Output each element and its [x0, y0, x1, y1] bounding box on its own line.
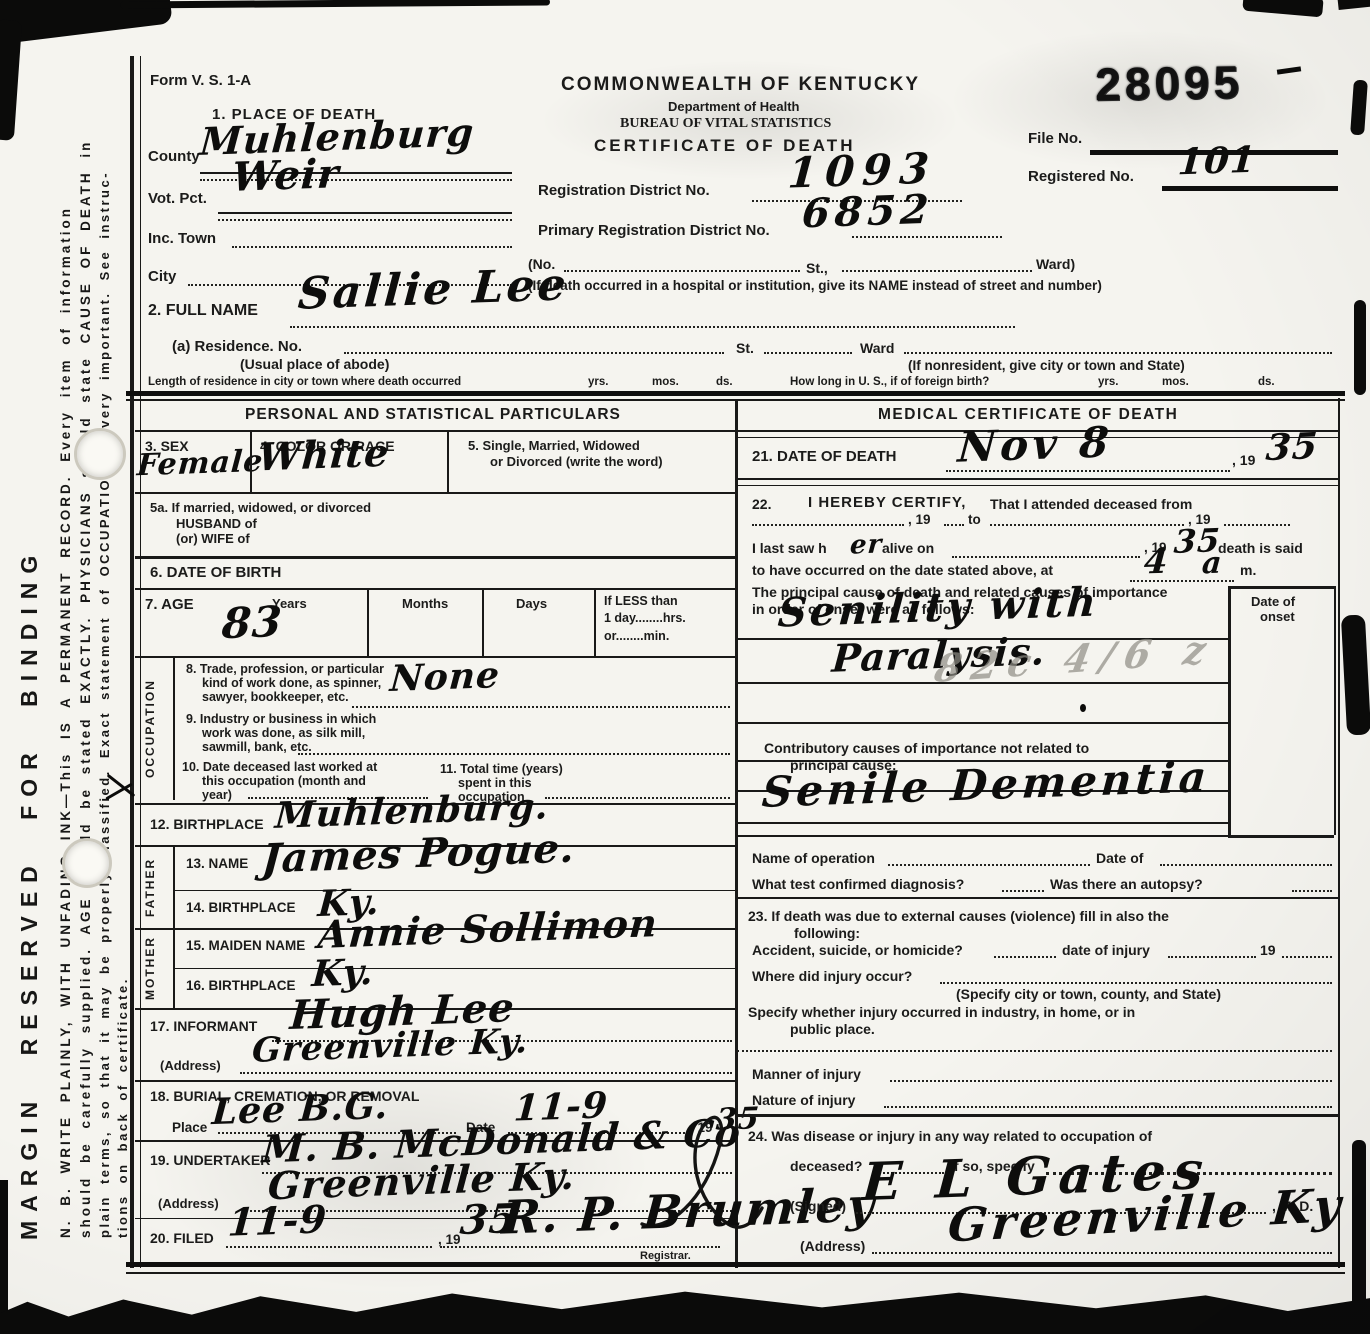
- burial-place-label: Place: [172, 1120, 207, 1135]
- department-subtitle: Department of Health: [668, 99, 799, 114]
- full-name-label: 2. FULL NAME: [148, 302, 258, 320]
- form-bottom-line: [126, 1262, 1345, 1267]
- residence-st-line: [764, 352, 852, 354]
- form-border-left: [130, 56, 134, 1268]
- cell-divider: [250, 430, 252, 492]
- hospital-note: (If death occurred in a hospital or inst…: [528, 278, 1102, 293]
- age-months-header: Months: [402, 596, 448, 611]
- onset-box-right: [1334, 586, 1336, 835]
- registered-no-line: [1162, 186, 1338, 191]
- operation-label: Name of operation: [752, 850, 875, 866]
- dotted-line: [545, 797, 730, 799]
- scan-artifact: [1352, 1140, 1366, 1310]
- last-saw-mid: alive on: [882, 540, 934, 556]
- injury-date-label: date of injury: [1062, 942, 1150, 958]
- form-number: Form V. S. 1-A: [150, 72, 251, 89]
- dotted-line: [1002, 890, 1044, 892]
- dotted-line: [1224, 524, 1290, 526]
- primary-registration-label: Primary Registration District No.: [538, 222, 770, 239]
- street-line: [842, 270, 1032, 272]
- rule-line: [735, 1114, 1340, 1117]
- last-saw-pre: I last saw h: [752, 540, 827, 556]
- last-saw-hand: er: [849, 529, 883, 560]
- test-label: What test confirmed diagnosis?: [752, 876, 964, 892]
- residence-line: [344, 352, 724, 354]
- file-no-label: File No.: [1028, 130, 1082, 147]
- full-name-value: Sallie Lee: [296, 259, 570, 320]
- rule-line: [737, 835, 1228, 837]
- header-separator-line: [126, 391, 1345, 396]
- cell-divider: [594, 588, 596, 656]
- form-bottom-line2: [126, 1272, 1345, 1274]
- age-years-value: 83: [220, 597, 284, 648]
- date-of-death-value: Nov 8: [956, 417, 1114, 472]
- dotted-line: [940, 982, 1332, 984]
- margin-binding-text: MARGIN RESERVED FOR BINDING: [16, 547, 43, 1240]
- hour-value: 4: [1143, 542, 1170, 583]
- onset-box-top: [1228, 586, 1334, 589]
- length-ds-label: ds.: [716, 376, 733, 388]
- vot-pct-label: Vot. Pct.: [148, 190, 207, 207]
- external-causes-label-1: 23. If death was due to external causes …: [748, 908, 1169, 924]
- scan-artifact: [1337, 0, 1370, 10]
- length-yrs-label: yrs.: [588, 376, 608, 388]
- injury-19-label: 19: [1260, 942, 1276, 958]
- date-of-death-year: 35: [1265, 425, 1320, 469]
- manner-of-injury-label: Manner of injury: [752, 1066, 861, 1082]
- dotted-line: [1292, 890, 1332, 892]
- last-worked-label-1: 10. Date deceased last worked at: [182, 760, 377, 774]
- mother-birthplace-label: 16. BIRTHPLACE: [186, 978, 296, 993]
- dotted-line: [1160, 864, 1332, 866]
- father-birthplace-label: 14. BIRTHPLACE: [186, 900, 296, 915]
- marital-label-2: or Divorced (write the word): [490, 454, 663, 469]
- dotted-line: [226, 1246, 432, 1248]
- husband-label-3: (or) WIFE of: [176, 531, 250, 546]
- father-strip-divider: [173, 845, 175, 928]
- father-name-value: James Pogue.: [260, 824, 576, 882]
- specify-whether-label-1: Specify whether injury occurred in indus…: [748, 1004, 1135, 1020]
- trade-label-3: sawyer, bookkeeper, etc.: [202, 690, 349, 704]
- informant-address-value: Greenville Ky.: [251, 1021, 530, 1071]
- scan-artifact: [1350, 80, 1368, 136]
- how-long-us-label: How long in U. S., if of foreign birth?: [790, 376, 989, 388]
- rule-line: [735, 485, 1338, 486]
- contributory-label-1: Contributory causes of importance not re…: [764, 740, 1089, 756]
- rule-line: [135, 556, 735, 559]
- total-time-label-1: 11. Total time (years): [440, 762, 563, 776]
- rule-line: [135, 1080, 735, 1082]
- undertaker-address-label: (Address): [158, 1196, 219, 1211]
- occurred-line: to have occurred on the date stated abov…: [752, 562, 1053, 578]
- dotted-line: [1282, 956, 1332, 958]
- certify-bold: I HEREBY CERTIFY,: [808, 494, 966, 511]
- dotted-line: [946, 470, 1230, 472]
- filed-label: 20. FILED: [150, 1230, 214, 1246]
- trade-label-2: kind of work done, as spinner,: [202, 676, 381, 690]
- howlong-mos-label: mos.: [1162, 376, 1189, 388]
- mother-maiden-label: 15. MAIDEN NAME: [186, 938, 305, 953]
- physician-address-label: (Address): [800, 1238, 865, 1254]
- street-label: St.,: [806, 260, 828, 276]
- rule-line: [135, 430, 735, 432]
- cause-of-death-line1: Senility with: [776, 578, 1100, 636]
- full-name-line: [290, 326, 1015, 328]
- age-label: 7. AGE: [145, 596, 194, 613]
- onset-box-bottom: [1228, 835, 1334, 838]
- form-border-left-inner: [140, 56, 141, 1268]
- nature-of-injury-label: Nature of injury: [752, 1092, 855, 1108]
- scan-artifact: [1277, 66, 1301, 74]
- dotted-line: [990, 524, 1184, 526]
- punch-hole: [62, 838, 112, 888]
- vot-pct-line: [218, 212, 512, 214]
- vot-pct-value: Weir: [230, 150, 341, 201]
- residence-label: (a) Residence. No.: [172, 338, 302, 355]
- residence-st-label: St.: [736, 340, 754, 356]
- dotted-line: [1168, 956, 1256, 958]
- marital-label-1: 5. Single, Married, Widowed: [468, 438, 640, 453]
- dotted-line: [752, 524, 904, 526]
- personal-title: PERSONAL AND STATISTICAL PARTICULARS: [245, 406, 621, 424]
- scan-artifact: [1354, 300, 1366, 395]
- informant-address-label: (Address): [160, 1058, 221, 1073]
- dod-year-prefix: , 19: [1232, 452, 1255, 468]
- occupation-strip-divider: [173, 656, 175, 800]
- certify-19a: , 19: [908, 512, 931, 527]
- rule-line: [173, 890, 735, 891]
- external-causes-label-2: following:: [794, 925, 860, 941]
- dotted-line: [240, 1072, 732, 1074]
- stamp-number: 28095: [1095, 55, 1244, 112]
- age-days-header: Days: [516, 596, 547, 611]
- abode-note: (Usual place of abode): [240, 356, 389, 372]
- onset-label-line2: onset: [1260, 609, 1295, 624]
- onset-box-left: [1228, 586, 1231, 835]
- dotted-line: [440, 1246, 720, 1248]
- scan-artifact: [120, 0, 550, 9]
- certify-to: to: [968, 512, 981, 527]
- filed-date-value: 11-9: [226, 1196, 328, 1245]
- length-residence-label: Length of residence in city or town wher…: [148, 376, 461, 388]
- certify-number: 22.: [752, 496, 771, 512]
- husband-label-2: HUSBAND of: [176, 516, 257, 531]
- ink-dot: [1080, 704, 1086, 712]
- commonwealth-title: COMMONWEALTH OF KENTUCKY: [561, 74, 920, 96]
- howlong-ds-label: ds.: [1258, 376, 1275, 388]
- punch-hole: [74, 428, 126, 480]
- scan-artifact: [0, 1320, 1370, 1334]
- primary-registration-line: [852, 236, 1002, 238]
- dotted-line: [888, 864, 1090, 866]
- dotted-line: [884, 1106, 1332, 1108]
- where-injury-label: Where did injury occur?: [752, 968, 912, 984]
- m-label: m.: [1240, 562, 1256, 578]
- length-mos-label: mos.: [652, 376, 679, 388]
- date-of-death-label: 21. DATE OF DEATH: [752, 448, 896, 465]
- husband-label-1: 5a. If married, widowed, or divorced: [150, 500, 371, 515]
- father-name-label: 13. NAME: [186, 856, 248, 871]
- occupation-vertical-label: OCCUPATION: [143, 662, 157, 796]
- margin-note-line3: plain terms, so that it may be properly …: [97, 171, 112, 1238]
- registered-no-label: Registered No.: [1028, 168, 1134, 185]
- operation-date-label: Date of: [1096, 850, 1143, 866]
- industry-label-1: 9. Industry or business in which: [186, 712, 376, 726]
- dotted-line: [952, 556, 1140, 558]
- residence-ward-label: Ward: [860, 340, 894, 356]
- registrar-label: Registrar.: [640, 1250, 691, 1262]
- trade-label-1: 8. Trade, profession, or particular: [186, 662, 384, 676]
- dotted-line: [994, 956, 1056, 958]
- registration-district-label: Registration District No.: [538, 182, 710, 199]
- scan-artifact: [1341, 614, 1370, 735]
- dotted-line: [298, 753, 730, 755]
- death-said: death is said: [1218, 540, 1303, 556]
- scan-artifact: [0, 19, 22, 141]
- margin-note-line4: tions on back of certificate.: [115, 977, 130, 1238]
- last-worked-label-3: year): [202, 788, 232, 802]
- margin-note-line1: N. B. WRITE PLAINLY, WITH UNFADING INK—T…: [58, 206, 73, 1238]
- father-vertical-label: FATHER: [143, 850, 157, 924]
- ward-label: Ward): [1036, 256, 1075, 272]
- dotted-line: [737, 1050, 1332, 1052]
- if-less-label-2: 1 day........hrs.: [604, 611, 686, 625]
- bureau-subtitle: BUREAU OF VITAL STATISTICS: [620, 116, 831, 132]
- inc-town-line: [232, 246, 512, 248]
- primary-registration-value: 6852: [800, 186, 935, 238]
- registered-no-value: 101: [1177, 139, 1258, 184]
- birthplace-label: 12. BIRTHPLACE: [150, 816, 264, 832]
- nonresident-note: (If nonresident, give city or town and S…: [908, 358, 1185, 373]
- last-worked-label-2: this occupation (month and: [202, 774, 366, 788]
- rule-line: [735, 478, 1338, 480]
- cell-divider: [482, 588, 484, 656]
- vot-pct-line-dotted: [218, 219, 512, 221]
- rule-line: [135, 492, 735, 494]
- signed-label: (Signed): [790, 1198, 846, 1214]
- undertaker-label: 19. UNDERTAKER: [150, 1152, 270, 1168]
- dotted-line: [872, 1252, 1332, 1254]
- sex-value: Female: [136, 444, 265, 484]
- death-certificate-scan: MARGIN RESERVED FOR BINDING N. B. WRITE …: [0, 0, 1370, 1334]
- dotted-line: [352, 706, 730, 708]
- specify-city-note: (Specify city or town, county, and State…: [956, 986, 1221, 1002]
- cell-divider: [367, 588, 369, 656]
- dotted-line: [890, 1080, 1332, 1082]
- rule-line: [737, 722, 1228, 724]
- deceased-label: deceased?: [790, 1158, 862, 1174]
- cell-divider: [447, 430, 449, 492]
- ampm-value: a: [1201, 546, 1224, 582]
- form-border-right: [1338, 398, 1340, 1268]
- city-label: City: [148, 268, 176, 285]
- street-no-line: [564, 270, 800, 272]
- autopsy-label: Was there an autopsy?: [1050, 876, 1203, 892]
- specify-whether-label-2: public place.: [790, 1021, 875, 1037]
- informant-label: 17. INFORMANT: [150, 1018, 257, 1034]
- scan-artifact: [1242, 0, 1323, 17]
- inc-town-label: Inc. Town: [148, 230, 216, 247]
- industry-label-2: work was done, as silk mill,: [202, 726, 365, 740]
- race-value: White: [256, 430, 391, 480]
- rule-line: [135, 588, 735, 590]
- if-less-label-1: If LESS than: [604, 594, 678, 608]
- filed-year-prefix: , 19: [438, 1232, 461, 1247]
- onset-label-line1: Date of: [1251, 594, 1295, 609]
- trade-value: None: [389, 654, 502, 700]
- date-of-birth-label: 6. DATE OF BIRTH: [150, 564, 281, 581]
- rule-line: [735, 897, 1338, 899]
- if-less-label-3: or........min.: [604, 629, 669, 643]
- dotted-line: [944, 524, 964, 526]
- accident-label: Accident, suicide, or homicide?: [752, 942, 963, 958]
- rule-line: [173, 968, 735, 969]
- margin-note-line2: should be carefully supplied. AGE should…: [78, 140, 93, 1238]
- residence-ward-line: [904, 352, 1332, 354]
- industry-label-3: sawmill, bank, etc.: [202, 740, 312, 754]
- occupation-related-label: 24. Was disease or injury in any way rel…: [748, 1128, 1152, 1144]
- mother-vertical-label: MOTHER: [143, 932, 157, 1004]
- rule-line: [737, 822, 1228, 824]
- howlong-yrs-label: yrs.: [1098, 376, 1118, 388]
- certify-rest: That I attended deceased from: [990, 496, 1192, 512]
- county-label: County: [148, 148, 200, 165]
